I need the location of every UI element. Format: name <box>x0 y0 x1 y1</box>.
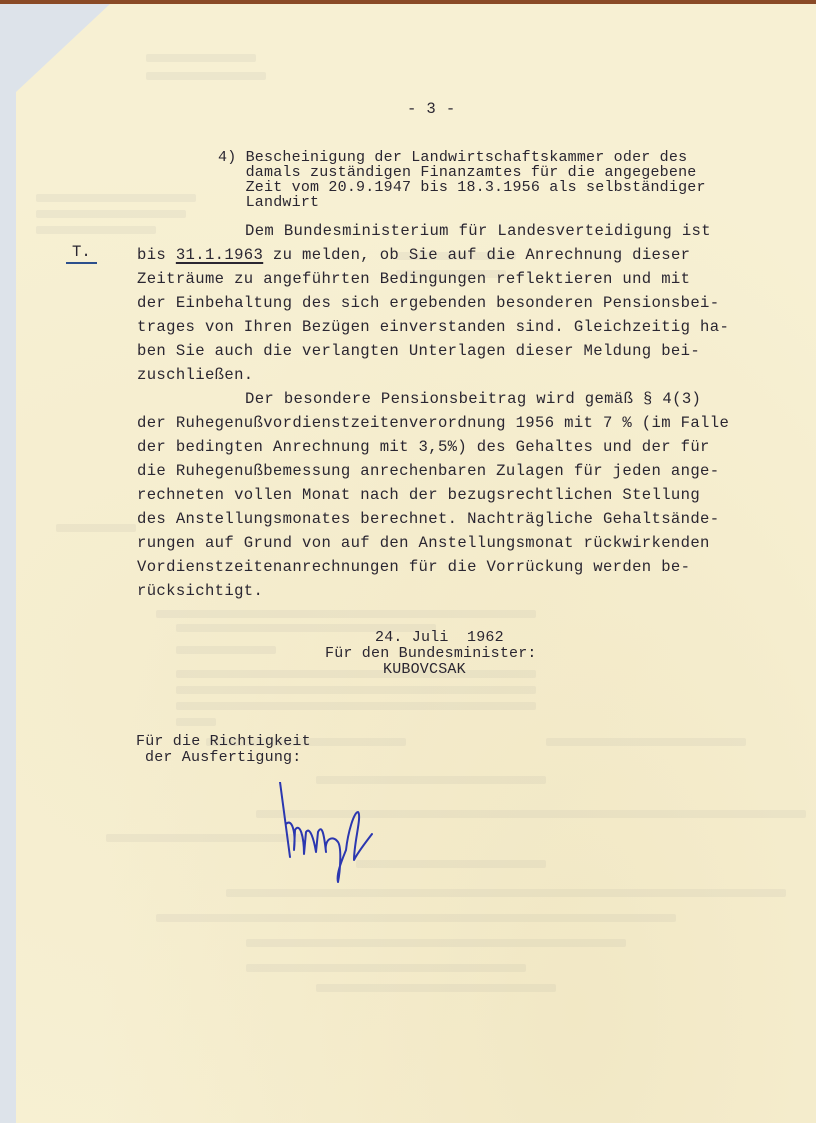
paragraph-line: der bedingten Anrechnung mit 3,5%) des G… <box>137 438 710 456</box>
text: zu melden, ob Sie auf die Anrechnung die… <box>263 246 690 264</box>
paragraph-line: der Einbehaltung des sich ergebenden bes… <box>137 294 719 312</box>
paragraph-line: Vordienstzeitenanrechnungen für die Vorr… <box>137 558 690 576</box>
paragraph-line: zuschließen. <box>137 366 254 384</box>
handwritten-signature <box>262 782 392 887</box>
paragraph-line: rechneten vollen Monat nach der bezugsre… <box>137 486 700 504</box>
item-4-line: Landwirt <box>218 194 319 212</box>
paragraph-line: des Anstellungsmonates berechnet. Nachtr… <box>137 510 719 528</box>
paragraph-line: Der besondere Pensionsbeitrag wird gemäß… <box>245 390 701 408</box>
paragraph-line: rücksichtigt. <box>137 582 263 600</box>
paragraph-line: trages von Ihren Bezügen einverstanden s… <box>137 318 729 336</box>
paragraph-line: rungen auf Grund von auf den Anstellungs… <box>137 534 710 552</box>
paragraph-line: die Ruhegenußbemessung anrechenbaren Zul… <box>137 462 719 480</box>
page-number: - 3 - <box>407 100 456 118</box>
closing-name: KUBOVCSAK <box>383 661 466 679</box>
paragraph-line: bis 31.1.1963 zu melden, ob Sie auf die … <box>137 246 690 264</box>
margin-mark: T. <box>66 243 97 264</box>
paragraph-line: Zeiträume zu angeführten Bedingungen ref… <box>137 270 690 288</box>
paragraph-line: ben Sie auch die verlangten Unterlagen d… <box>137 342 700 360</box>
paragraph-line: Dem Bundesministerium für Landesverteidi… <box>245 222 711 240</box>
deadline-date: 31.1.1963 <box>176 246 263 264</box>
certification-line: der Ausfertigung: <box>145 749 301 767</box>
paragraph-line: der Ruhegenußvordienstzeitenverordnung 1… <box>137 414 729 432</box>
text: bis <box>137 246 176 264</box>
scan-edge <box>0 0 816 4</box>
